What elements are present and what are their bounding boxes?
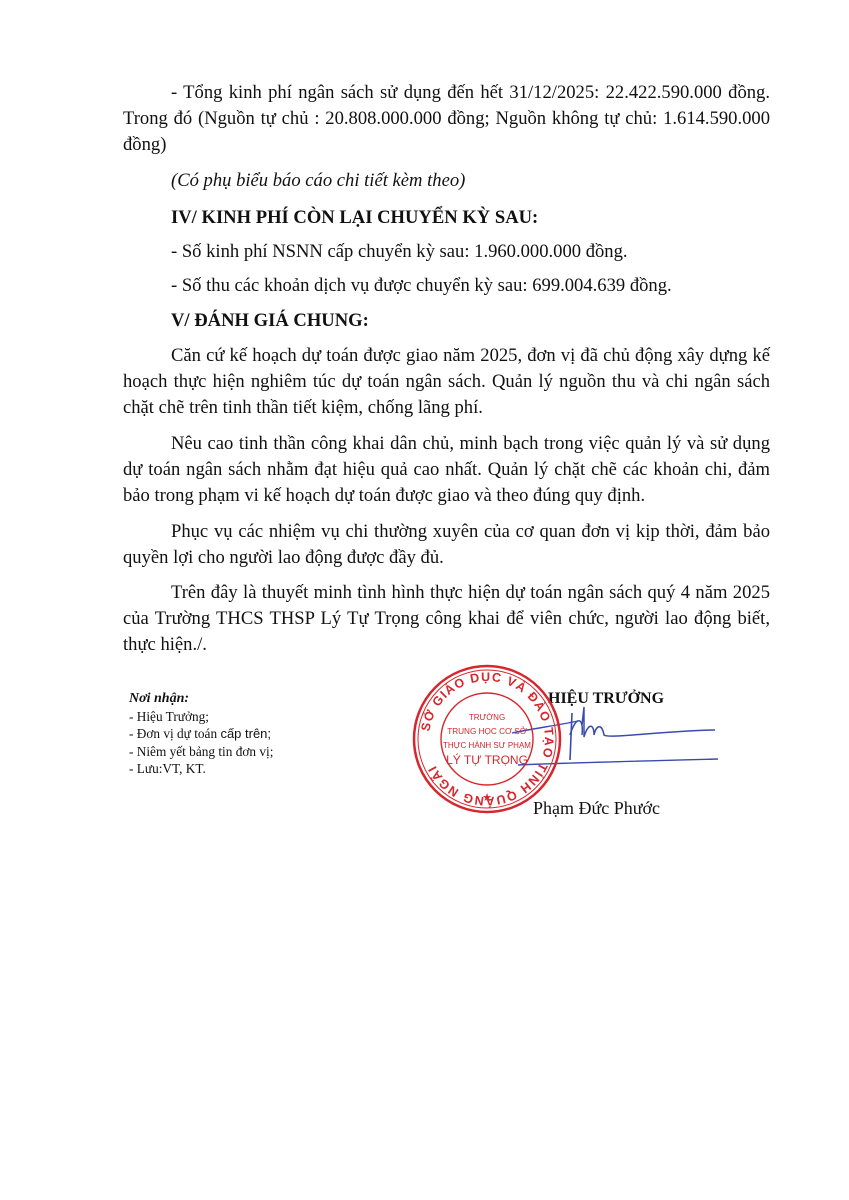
stamp-line-2: TRUNG HỌC CƠ SỞ: [447, 725, 527, 736]
recipients-title: Nơi nhận:: [129, 690, 273, 708]
section-iv-item-1: - Số kinh phí NSNN cấp chuyển kỳ sau: 1.…: [171, 239, 628, 265]
section-v-paragraph-2: Nêu cao tinh thần công khai dân chủ, min…: [123, 431, 770, 509]
appendix-note: (Có phụ biểu báo cáo chi tiết kèm theo): [171, 168, 465, 194]
recipient-item: - Hiệu Trưởng;: [129, 708, 273, 726]
recipient-item: - Đơn vị dự toán cấp trên;: [129, 725, 273, 743]
section-v-paragraph-4: Trên đây là thuyết minh tình hình thực h…: [123, 580, 770, 658]
stamp-line-3: THỰC HÀNH SƯ PHẠM: [443, 741, 531, 750]
recipient-item-suffix: cấp trên;: [220, 726, 271, 741]
svg-text:★: ★: [482, 791, 492, 804]
document-page: - Tổng kinh phí ngân sách sử dụng đến hế…: [0, 0, 849, 1200]
budget-total-paragraph: - Tổng kinh phí ngân sách sử dụng đến hế…: [123, 80, 770, 158]
section-v-paragraph-1: Căn cứ kế hoạch dự toán được giao năm 20…: [123, 343, 770, 421]
recipients-block: Nơi nhận: - Hiệu Trưởng; - Đơn vị dự toá…: [129, 690, 273, 778]
stamp-line-4: LÝ TỰ TRỌNG: [446, 752, 528, 767]
section-v-paragraph-3: Phục vụ các nhiệm vụ chi thường xuyên củ…: [123, 519, 770, 571]
section-iv-heading: IV/ KINH PHÍ CÒN LẠI CHUYỂN KỲ SAU:: [171, 205, 538, 231]
recipient-item: - Lưu:VT, KT.: [129, 760, 273, 778]
stamp-line-1: TRƯỜNG: [469, 713, 505, 722]
recipient-item-text: - Đơn vị dự toán: [129, 726, 220, 741]
official-stamp-icon: SỞ GIÁO DỤC VÀ ĐÀO TẠO TỈNH QUẢNG NGÃI ★…: [410, 662, 564, 816]
section-v-heading: V/ ĐÁNH GIÁ CHUNG:: [171, 308, 369, 334]
signatory-name: Phạm Đức Phước: [533, 798, 660, 819]
recipient-item: - Niêm yết bảng tin đơn vị;: [129, 743, 273, 761]
section-iv-item-2: - Số thu các khoản dịch vụ được chuyển k…: [171, 273, 672, 299]
